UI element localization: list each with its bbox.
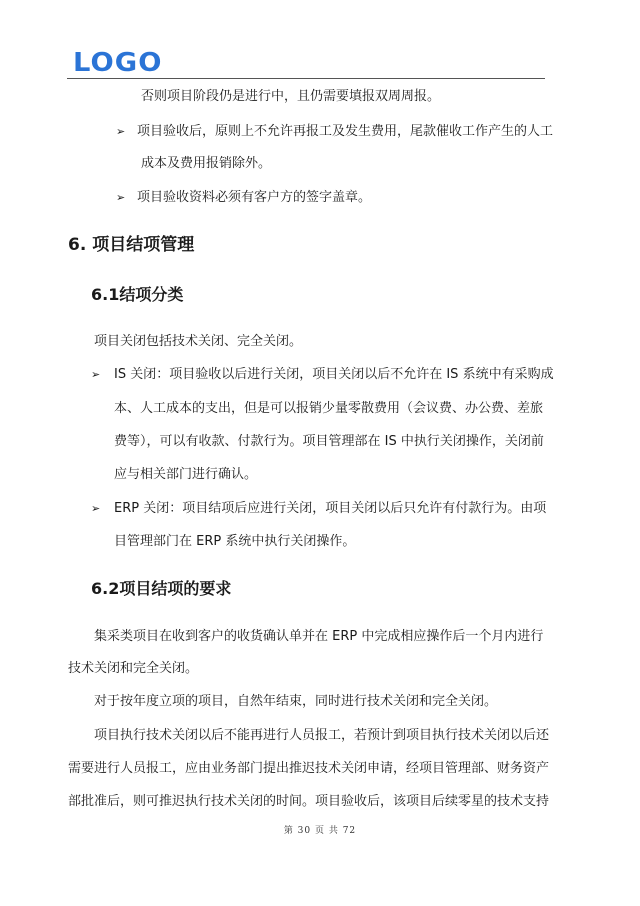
list-item-text: 项目验收资料必须有客户方的签字盖章。 — [137, 189, 371, 207]
bullet-arrow-icon: ➢ — [116, 123, 125, 141]
list-item-text: IS 关闭：项目验收以后进行关闭，项目关闭以后不允许在 IS 系统中有采购成 — [114, 366, 554, 384]
page-number: 第 30 页 共 72 — [0, 823, 640, 836]
bullet-arrow-icon: ➢ — [116, 189, 125, 207]
list-item-text: 费等），可以有收款、付款行为。项目管理部在 IS 中执行关闭操作，关闭前 — [114, 433, 544, 451]
list-item-text: 本、人工成本的支出，但是可以报销少量零散费用（会议费、办公费、差旅 — [114, 400, 543, 418]
list-item-text: 项目验收后，原则上不允许再报工及发生费用，尾款催收工作产生的人工 — [137, 123, 553, 141]
bullet-arrow-icon: ➢ — [91, 500, 100, 518]
paragraph: 项目关闭包括技术关闭、完全关闭。 — [94, 333, 302, 351]
paragraph-line: 部批准后，则可推迟执行技术关闭的时间。项目验收后，该项目后续零星的技术支持 — [68, 793, 549, 811]
section-heading: 6. 项目结项管理 — [68, 234, 194, 256]
paragraph-continuation: 否则项目阶段仍是进行中，且仍需要填报双周周报。 — [141, 88, 440, 106]
paragraph-line: 需要进行人员报工，应由业务部门提出推迟技术关闭申请，经项目管理部、财务资产 — [68, 760, 549, 778]
subsection-heading: 6.1结项分类 — [91, 284, 183, 306]
header-divider — [67, 78, 545, 79]
paragraph-line: 项目执行技术关闭以后不能再进行人员报工，若预计到项目执行技术关闭以后还 — [94, 727, 549, 745]
paragraph-line: 技术关闭和完全关闭。 — [68, 660, 198, 678]
bullet-arrow-icon: ➢ — [91, 366, 100, 384]
list-item-text: ERP 关闭：项目结项后应进行关闭，项目关闭以后只允许有付款行为。由项 — [114, 500, 546, 518]
paragraph-line: 对于按年度立项的项目，自然年结束，同时进行技术关闭和完全关闭。 — [94, 693, 497, 711]
list-item-text: 应与相关部门进行确认。 — [114, 466, 257, 484]
list-item-text: 目管理部门在 ERP 系统中执行关闭操作。 — [114, 533, 355, 551]
subsection-heading: 6.2项目结项的要求 — [91, 578, 231, 600]
logo: LOGO — [73, 50, 162, 76]
list-item-text: 成本及费用报销除外。 — [141, 155, 271, 173]
paragraph-line: 集采类项目在收到客户的收货确认单并在 ERP 中完成相应操作后一个月内进行 — [94, 628, 543, 646]
